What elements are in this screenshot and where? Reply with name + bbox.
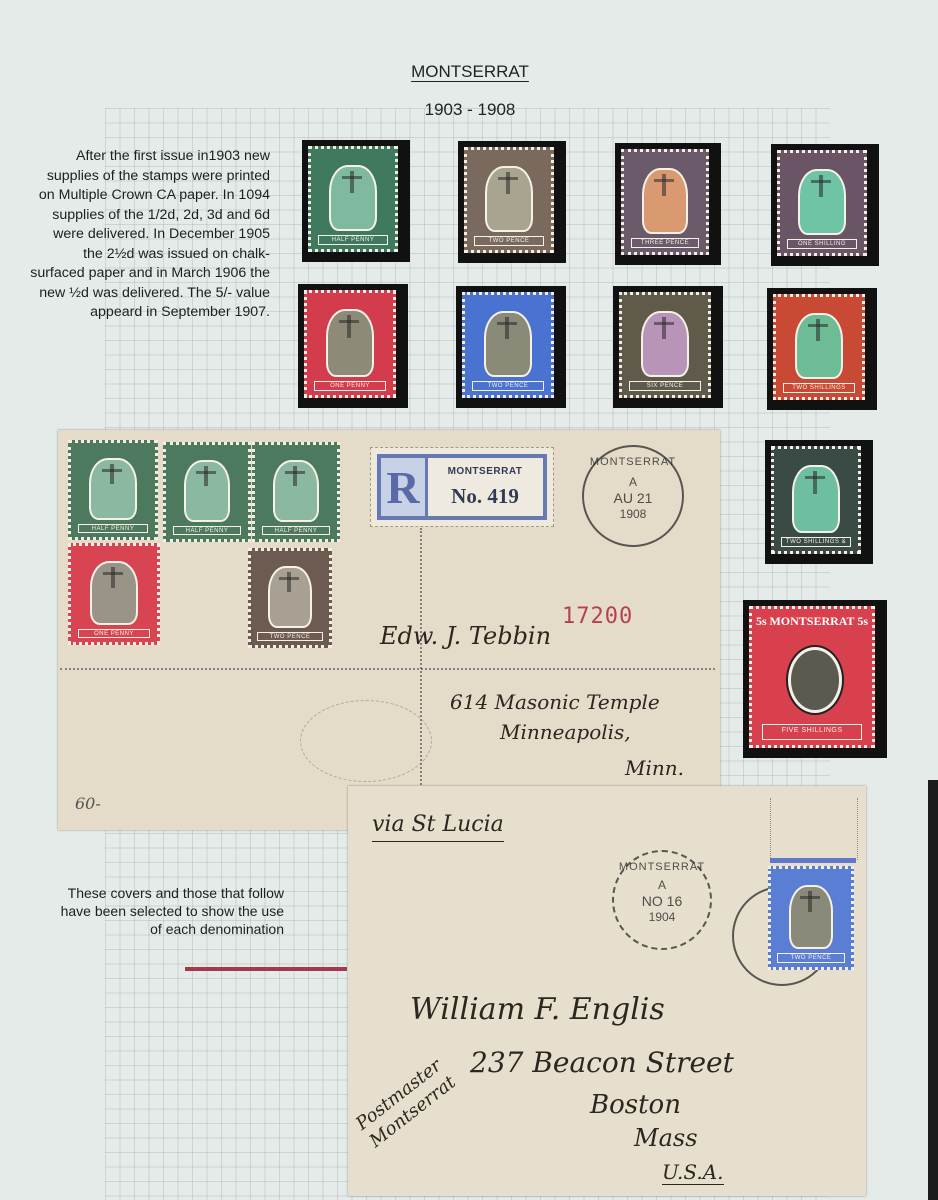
- cross-emblem: [287, 572, 291, 593]
- stamp-two-pence[interactable]: TWO PENCE: [464, 147, 554, 253]
- covers-note: These covers and those that follow have …: [60, 884, 284, 938]
- routing-note: via St Lucia: [372, 812, 504, 842]
- stamp-two-pence-halfpenny[interactable]: TWO PENCE HALFPENNY: [462, 292, 554, 398]
- cross-emblem: [808, 891, 812, 913]
- stamp-header: MONTSERRAT: [769, 614, 854, 629]
- stamp-mount: TWO PENCE HALFPENNY: [456, 286, 566, 408]
- sheet-margin: [770, 798, 858, 860]
- cover1-stamp[interactable]: ONE PENNY: [68, 543, 160, 645]
- album-edge: [928, 780, 938, 1200]
- stamp-label: HALF PENNY: [173, 526, 242, 536]
- stamp-five-shillings[interactable]: 5s MONTSERRAT 5s FIVE SHILLINGS: [749, 606, 875, 748]
- stamp-three-pence[interactable]: THREE PENCE: [621, 149, 709, 255]
- stamp-label: TWO PENCE: [257, 632, 323, 642]
- stamp-six-pence[interactable]: SIX PENCE: [619, 292, 711, 398]
- faint-oval-mark: [300, 700, 432, 782]
- registration-place: MONTSERRAT: [431, 466, 539, 477]
- registration-line: [420, 528, 422, 828]
- stamp-mount: THREE PENCE: [615, 143, 721, 265]
- cover1-stamp[interactable]: HALF PENNY: [163, 442, 251, 542]
- address-line: Mass: [634, 1124, 698, 1152]
- stamp-label: ONE PENNY: [78, 629, 150, 639]
- cover2-postmark: MONTSERRAT A NO 16 1904: [612, 850, 712, 950]
- cross-emblem: [111, 567, 115, 588]
- stamp-two-shillings-sixpence[interactable]: TWO SHILLINGS & SIXPENCE: [771, 446, 861, 554]
- cross-emblem: [204, 466, 208, 487]
- page-subtitle: 1903 - 1908: [380, 100, 560, 120]
- address-line: Boston: [590, 1090, 681, 1120]
- margin-rule: [770, 858, 856, 863]
- stamp-label: HALF PENNY: [262, 526, 331, 536]
- cross-emblem: [293, 466, 297, 487]
- cover2-stamp[interactable]: TWO PENCE HALFPENNY: [768, 866, 854, 970]
- address-line: William F. Englis: [410, 992, 665, 1027]
- cover1-stamp[interactable]: HALF PENNY: [68, 440, 158, 540]
- stamp-mount: ONE PENNY: [298, 284, 408, 408]
- cover1-stamp[interactable]: HALF PENNY: [252, 442, 340, 542]
- registration-number: 17200: [562, 604, 633, 629]
- stamp-label: TWO PENCE HALFPENNY: [777, 953, 844, 963]
- stamp-one-shilling[interactable]: ONE SHILLING: [777, 150, 867, 256]
- stamp-mount: SIX PENCE: [613, 286, 723, 408]
- stamp-mount: 5s MONTSERRAT 5s FIVE SHILLINGS: [743, 600, 887, 758]
- address-line: Minneapolis,: [500, 720, 631, 744]
- back-note: 60-: [75, 794, 101, 813]
- king-portrait: [788, 647, 842, 713]
- registration-line: [60, 668, 715, 670]
- address-line: Edw. J. Tebbin: [380, 622, 551, 650]
- stamp-mount: HALF PENNY: [302, 140, 410, 262]
- stamp-two-shillings[interactable]: TWO SHILLINGS: [773, 294, 865, 400]
- accent-rule: [185, 967, 347, 971]
- registration-letter: R: [381, 458, 428, 516]
- cover1-stamp[interactable]: TWO PENCE: [248, 548, 332, 648]
- stamp-value: 5s: [756, 614, 767, 629]
- stamp-mount: ONE SHILLING: [771, 144, 879, 266]
- cross-emblem: [110, 464, 114, 485]
- album-page: MONTSERRAT 1903 - 1908 After the first i…: [0, 0, 938, 1200]
- stamp-one-penny[interactable]: ONE PENNY: [304, 290, 396, 398]
- stamp-half-penny[interactable]: HALF PENNY: [308, 146, 398, 252]
- stamp-value: 5s: [857, 614, 868, 629]
- stamp-mount: TWO SHILLINGS & SIXPENCE: [765, 440, 873, 564]
- address-line: 614 Masonic Temple: [450, 690, 660, 714]
- stamp-label: HALF PENNY: [78, 524, 149, 534]
- stamp-mount: TWO SHILLINGS: [767, 288, 877, 410]
- intro-text: After the first issue in1903 new supplie…: [30, 147, 270, 323]
- page-title: MONTSERRAT: [380, 62, 560, 82]
- address-line: 237 Beacon Street: [470, 1046, 734, 1079]
- address-line: U.S.A.: [662, 1160, 724, 1185]
- cover1-postmark: MONTSERRAT A AU 21 1908: [582, 445, 684, 547]
- registration-number-label: No. 419: [431, 484, 539, 509]
- registration-label: R MONTSERRAT No. 419: [370, 447, 554, 527]
- address-line: Minn.: [625, 756, 684, 780]
- stamp-mount: TWO PENCE: [458, 141, 566, 263]
